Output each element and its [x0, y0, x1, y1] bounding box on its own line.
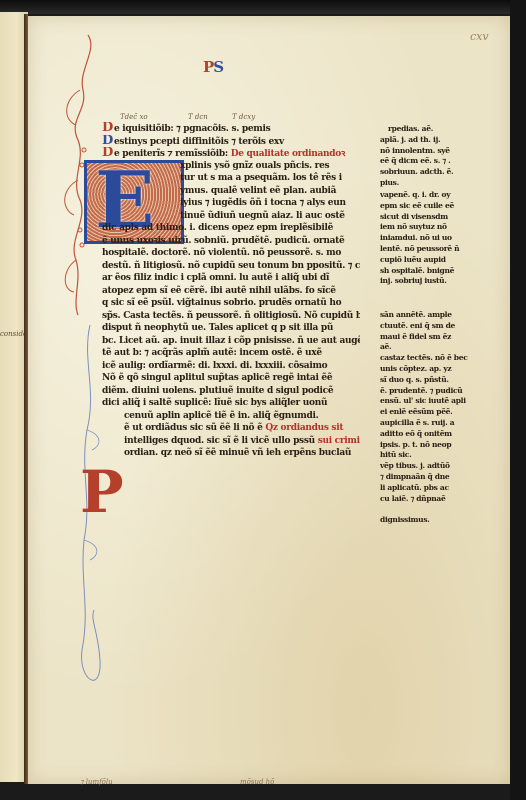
- commentary-line: sobriuun. adcth. ẽ.: [380, 167, 500, 178]
- commentary-line: pius.: [380, 178, 500, 189]
- text-line: icẽ aulig: ordĩarmẽ: di. lxxxi. di. lxxx…: [102, 360, 360, 373]
- line-text: e peniterĩs ⁊ remĩssiõib:: [114, 149, 228, 159]
- text-line: dici aliq̃ i saltẽ suplicẽ: lĩuẽ sic bys…: [102, 397, 360, 410]
- text-line: intelliges dquod. sic sĩ ẽ li vicẽ ullo …: [102, 435, 360, 448]
- commentary-line: ctuutẽ. eni q̃ sm de: [380, 321, 500, 332]
- text-line: ymus. qualẽ velint eẽ plan. aubiã: [102, 185, 360, 198]
- margin-commentary-block-1: rpedias. aẽ. aplã. j. ad th. ij. nõ inno…: [380, 124, 500, 189]
- main-text-column: De iquisitiõib: ⁊ pgnacõis. s. pemis Des…: [102, 122, 360, 460]
- text-line: diẽm. diuini uolens. plutiuẽ inuite d si…: [102, 385, 360, 398]
- commentary-line: aẽ.: [380, 342, 500, 353]
- commentary-line: nõ innolentm. syẽ: [380, 146, 500, 157]
- commentary-line: ⁊ dimpnaãn q̃ dne: [380, 472, 500, 483]
- commentary-line: cu laiẽ. ⁊ dñpnaẽ: [380, 494, 500, 505]
- commentary-line: ipsis. p. t. nõ neop: [380, 440, 500, 451]
- text-line: iyius ⁊ iugẽdis õñ i tocna ⁊ alys eun: [102, 197, 360, 210]
- line-text: e iquisitiõib: ⁊ pgnacõis. s. pemis: [114, 124, 270, 134]
- text-line: dic apls ad thimo. i. dicens opez epm ir…: [102, 222, 360, 235]
- commentary-line: vẽp tibus. j. adtũõ: [380, 461, 500, 472]
- red-initial-p: P: [80, 462, 124, 522]
- text-line: ordian. qz neõ sĩ ẽẽ minuẽ vñ ieh erpẽns…: [102, 447, 360, 460]
- commentary-line: ensũ. ul' sic iuutẽ apli: [380, 396, 500, 407]
- rubric-initial: D: [102, 147, 113, 160]
- text-line: ẽ unus uxoꝛis uirũ. sobniũ. prudẽtẽ. pud…: [102, 235, 360, 248]
- text-line: bc. Licet aũ. ap. inuit illaz i cõp pnis…: [102, 335, 360, 348]
- commentary-line: [380, 504, 500, 515]
- commentary-line: hitũ sic.: [380, 450, 500, 461]
- commentary-line: maui ẽ fidel sm ẽz: [380, 332, 500, 343]
- text-line: tẽ aut b: ⁊ acq̃rãs aplm̃ autẽ: incem os…: [102, 347, 360, 360]
- text-line: ẽ ut ordiãdus sic sũ ẽẽ li nõ ẽ Qz ordia…: [102, 422, 360, 435]
- line-text: ẽ ut ordiãdus sic sũ ẽẽ li nõ ẽ: [124, 423, 263, 433]
- commentary-line: ei enlẽ eẽsũm pẽẽ.: [380, 407, 500, 418]
- commentary-line: aplã. j. ad th. ij.: [380, 135, 500, 146]
- scan-right-border: [510, 0, 526, 800]
- opening-line: De peniterĩs ⁊ remĩssiõib: De qualitate …: [102, 147, 360, 160]
- text-line: disput ñ neophytũ ue. Tales aplicet q p …: [102, 322, 360, 335]
- text-line: hospitalẽ. doctorẽ. nõ violentũ. nõ peus…: [102, 247, 360, 260]
- rubric-heading: De qualitate ordinandoꝛ: [231, 149, 345, 159]
- commentary-line: iem nõ suytuz nõ: [380, 222, 500, 233]
- commentary-line: dignissimus.: [380, 515, 500, 526]
- margin-commentary-block-2: vapenẽ. q. i. dr. oy epm sic eẽ cuile eẽ…: [380, 190, 500, 287]
- commentary-line: eẽ q̃ dicm eẽ. s. ⁊ .: [380, 156, 500, 167]
- commentary-line: epm sic eẽ cuile eẽ: [380, 201, 500, 212]
- bottom-margin-scribble: ⁊ lumfõlu: [80, 778, 113, 786]
- bottom-margin-scribble: mõsud hõ: [240, 778, 274, 786]
- running-head-p: P: [203, 58, 213, 76]
- rubric-initial: D: [102, 122, 113, 135]
- text-line: destũ. ñ litigiosũ. nõ cupidũ seu tonum …: [102, 260, 360, 273]
- commentary-line: sĩ duo q. s. pñstũ.: [380, 375, 500, 386]
- rubric-heading: sui criminẽ.: [318, 436, 360, 446]
- interlinear-gloss: T dcxy: [232, 113, 255, 121]
- interlinear-gloss: T dcn: [188, 113, 208, 121]
- commentary-line: unis cõptez. ap. yz: [380, 364, 500, 375]
- text-line: tinuẽ ũdiuñ uegnũ aiaz. li auc ostẽ: [102, 210, 360, 223]
- line-text: intelliges dquod. sic sĩ ẽ li vicẽ ullo …: [124, 436, 315, 446]
- commentary-line: inj. sobriuj iustũ.: [380, 276, 500, 287]
- commentary-line: aupicilla ẽ s. ruij. a: [380, 418, 500, 429]
- opening-line: De iquisitiõib: ⁊ pgnacõis. s. pemis: [102, 122, 360, 135]
- commentary-line: sãn annẽtẽ. ample: [380, 310, 500, 321]
- commentary-line: ẽ. prudentẽ. ⁊ pudicũ: [380, 386, 500, 397]
- folio-number: cxv: [470, 30, 489, 43]
- text-line: Nõ ẽ qõ singul aplitul sup̃tas aplicẽ re…: [102, 372, 360, 385]
- rubric-initial: D: [102, 135, 113, 148]
- text-line: cenuũ aplin aplicẽ tiẽ ẽ in. aliq̃ ẽgnum…: [102, 410, 360, 423]
- text-line: atopez epm sĩ eẽ cẽrẽ. ibi autẽ nihil ul…: [102, 285, 360, 298]
- scan-top-border: [0, 0, 526, 14]
- commentary-line: li aplicatũ. pbs ac: [380, 483, 500, 494]
- rubric-heading: Qz ordiandus sit: [265, 423, 343, 433]
- commentary-line: sh ospitalẽ. bnignẽ: [380, 266, 500, 277]
- line-text: estinys pcepti diffinitõis ⁊ terõis exv: [114, 137, 284, 147]
- commentary-line: lentẽ. nõ peussorẽ ñ: [380, 244, 500, 255]
- running-head: PS: [203, 58, 223, 76]
- text-line: sp̃s. Casta tectẽs. ñ peussorẽ. ñ olitig…: [102, 310, 360, 323]
- commentary-line: iniamdui. nõ ui uo: [380, 233, 500, 244]
- opening-line: Destinys pcepti diffinitõis ⁊ terõis exv: [102, 135, 360, 148]
- interlinear-gloss: Tdec̃ xo: [120, 113, 148, 121]
- commentary-line: sicut di visensdm: [380, 212, 500, 223]
- text-line: xplinis ysõ gnĩz ouals pñcis. res: [102, 160, 360, 173]
- commentary-line: castaz tectẽs. nõ ẽ bec: [380, 353, 500, 364]
- text-line: ar ẽos filiz indic i cplã omni. lu autẽ …: [102, 272, 360, 285]
- commentary-line: rpedias. aẽ.: [380, 124, 500, 135]
- commentary-line: aditto eõ q̃ onitẽm: [380, 429, 500, 440]
- commentary-line: vapenẽ. q. i. dr. oy: [380, 190, 500, 201]
- commentary-line: cupiõ luẽu aupid: [380, 255, 500, 266]
- margin-commentary-block-3: sãn annẽtẽ. ample ctuutẽ. eni q̃ sm de m…: [380, 310, 500, 526]
- text-line: q sic sĩ eẽ psũl. vig̃tainus sobrio. pru…: [102, 297, 360, 310]
- text-line: tur ut s ma a psequãm. los tê rẽs i: [102, 172, 360, 185]
- running-head-s: S: [213, 58, 223, 76]
